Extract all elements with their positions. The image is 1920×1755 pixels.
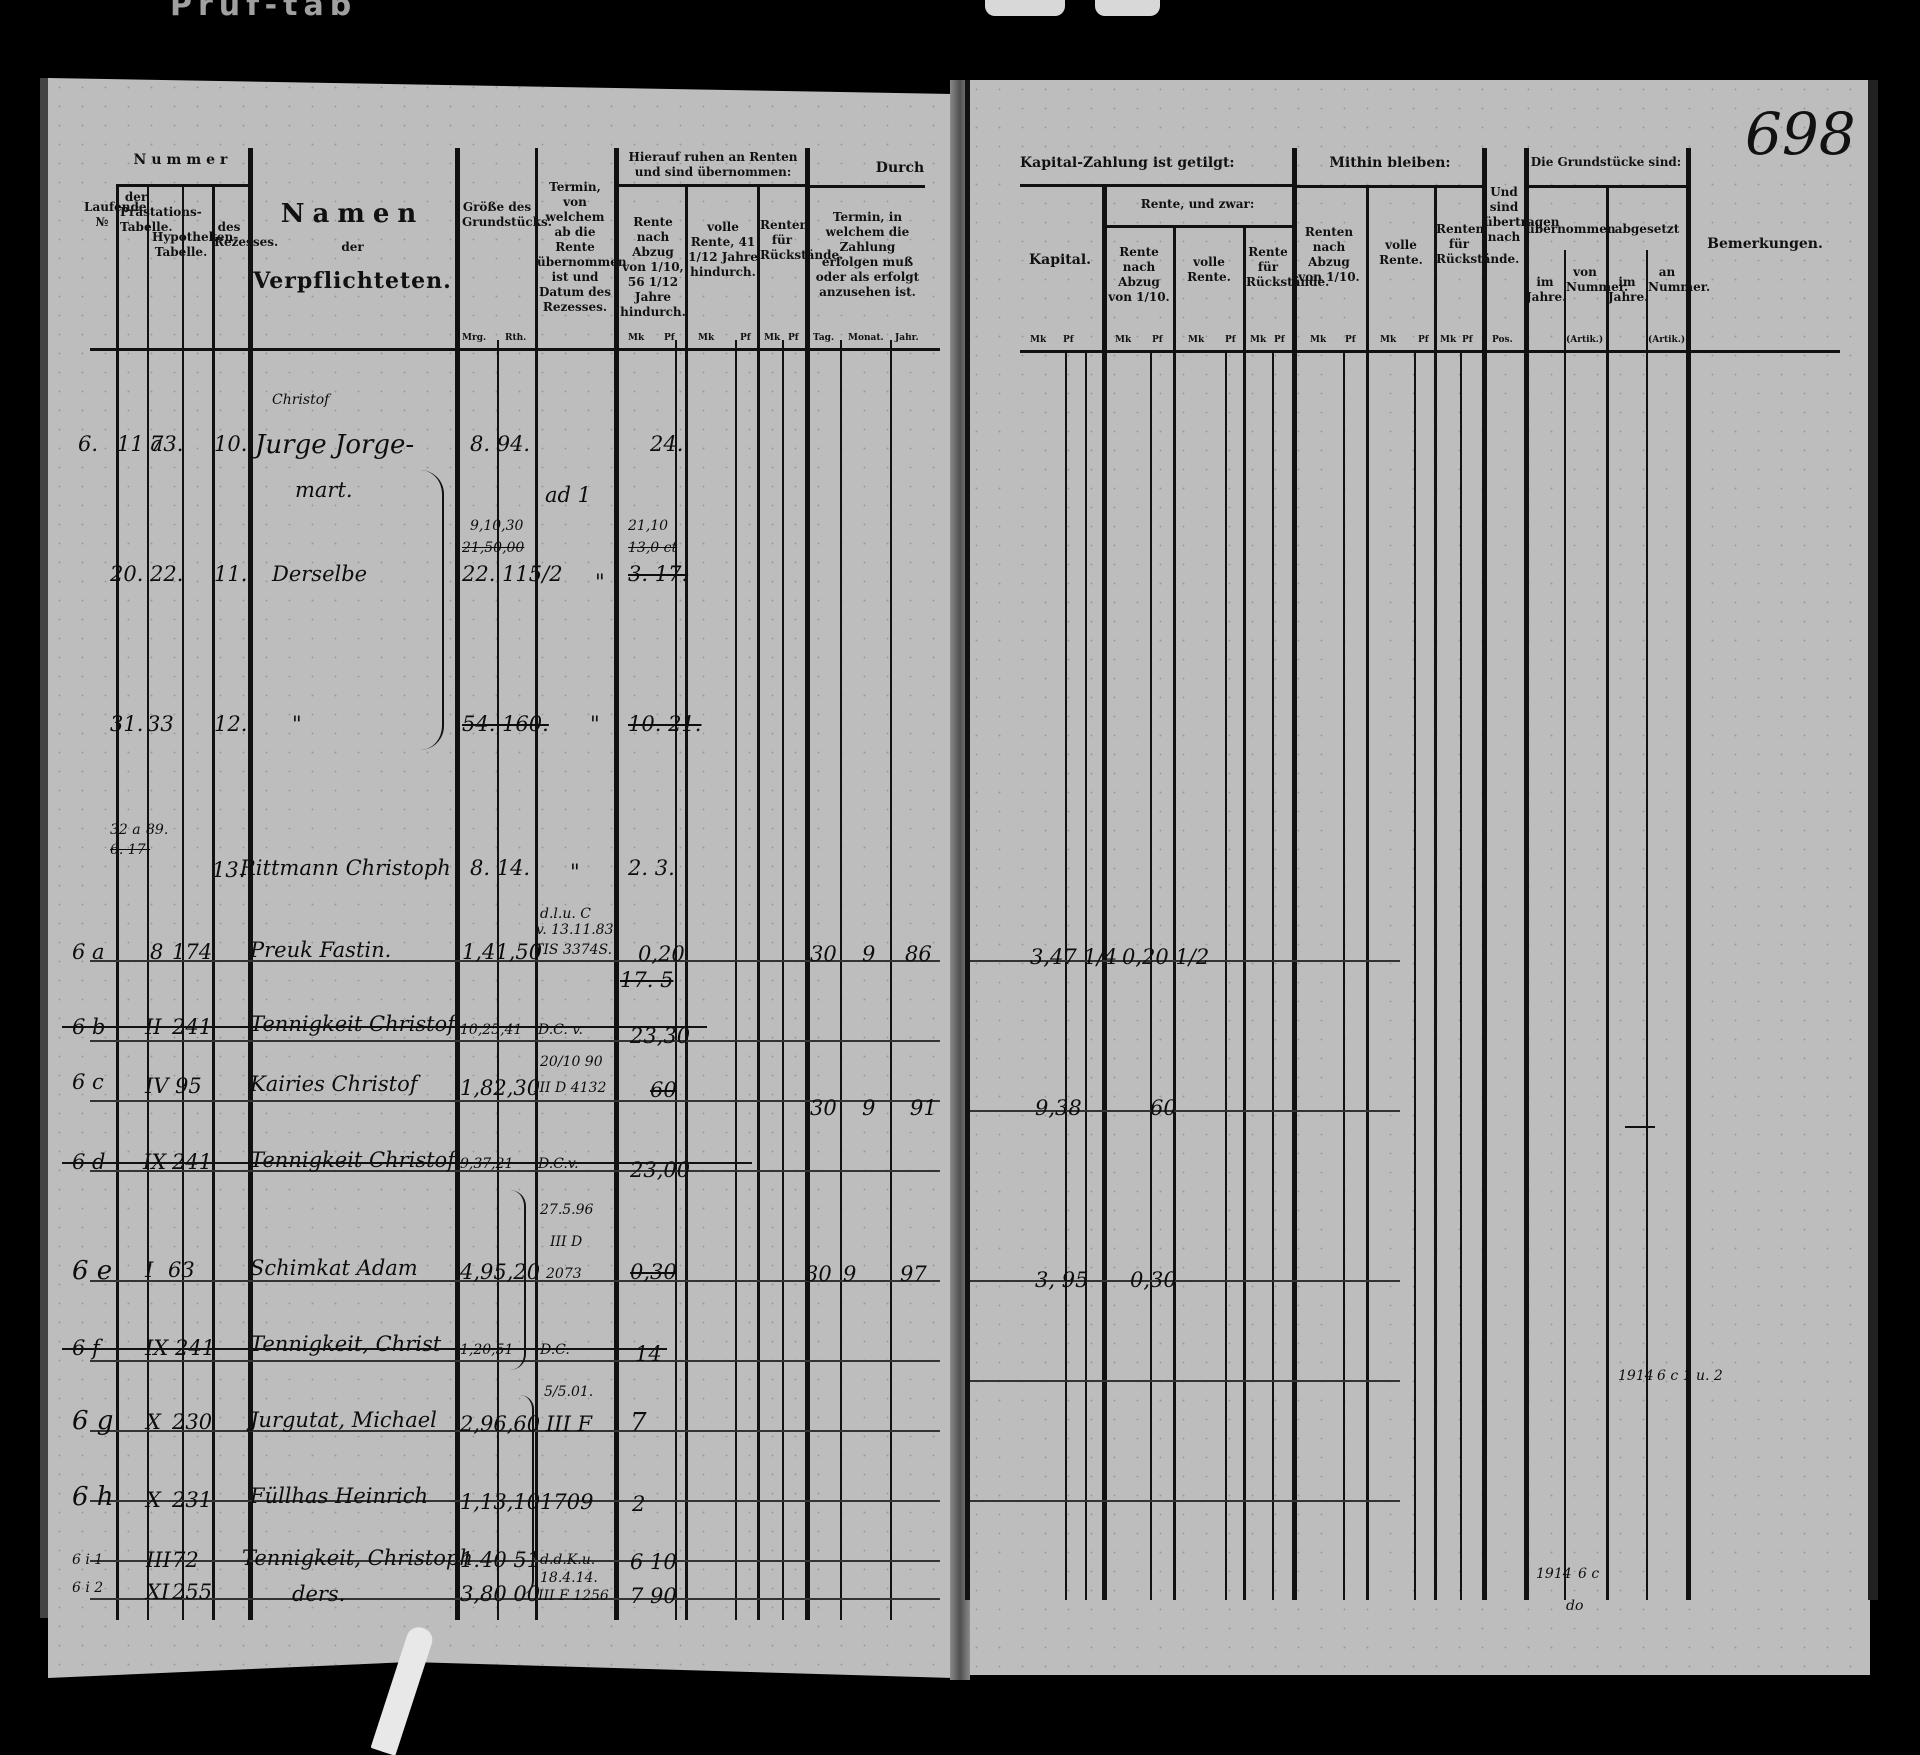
cell-kapital: 3,47 1/4 [1030, 945, 1117, 969]
header-durch: Durch [870, 160, 930, 178]
cell-praest: III [146, 1548, 171, 1572]
cell-name: Preuk Fastin. [250, 938, 391, 962]
cell-monat: 9 [843, 1262, 856, 1286]
header-verpflichteten: Verpflichteten. [250, 268, 455, 296]
cell-groesse-top: 9,10,30 [470, 518, 523, 534]
cell-abgesetzt-jahr: 1914 [1618, 1368, 1654, 1384]
cell-praest: IV [145, 1074, 168, 1098]
cell-groesse: 8. 94. [470, 432, 530, 456]
cell-termin: " [590, 712, 600, 736]
cell-lfd: 6 i 2 [72, 1580, 103, 1596]
cell-groesse: 8. 14. [470, 856, 530, 880]
column-rule [1225, 352, 1227, 1600]
unit-mk: Mk [1380, 335, 1396, 345]
header-kapital: Kapital. [1020, 252, 1100, 270]
cell-tag: 30 [810, 942, 837, 966]
unit-jahr: Jahr. [895, 333, 919, 343]
column-rule [1564, 250, 1566, 1600]
header-rente-und-zwar: Rente, und zwar: [1105, 197, 1290, 212]
cell-name: Kairies Christof [250, 1072, 418, 1096]
cell-rez: 10. [214, 432, 247, 456]
cell-termin-top: 18.4.14. [540, 1570, 598, 1586]
cell-termin: ad 1 [545, 483, 591, 507]
header-an-nummer: an Nummer. [1648, 265, 1686, 295]
cell-name: Jurge Jorge- [255, 430, 414, 460]
header-termin-zahlung: Termin, in welchem die Zahlung erfolgen … [810, 210, 925, 300]
cell-termin: D.C. [540, 1342, 570, 1358]
cell-praest: 22. [150, 562, 183, 586]
header-und-sind: Und sind übertragen nach [1484, 185, 1524, 245]
header-volle-rente-2: volle Rente. [1368, 238, 1434, 268]
cell-rente: 60 [650, 1078, 677, 1102]
column-rule [735, 340, 737, 1620]
header-hierauf: Hierauf ruhen an Renten und sind übernom… [620, 150, 806, 180]
cell-groesse: 54. 160. [462, 712, 549, 736]
header-volle-rente: volle Rente, 41 1/12 Jahre hindurch. [688, 220, 758, 280]
cell-termin: D.C.v. [538, 1156, 579, 1172]
unit-pf: Pf [1345, 335, 1356, 345]
cell-rente: 2. 3. [628, 856, 675, 880]
column-rule [890, 340, 892, 1620]
column-rule [1606, 185, 1609, 1600]
cell-termin: 1709 [540, 1490, 593, 1514]
cell-name-prefix: Christof [272, 392, 329, 408]
unit-mk: Mk [1310, 335, 1326, 345]
header-namen: Namen [250, 198, 455, 231]
cell-termin-top: d.l.u. C [540, 906, 591, 922]
cell-termin-top: 20/10 90 [540, 1054, 603, 1070]
column-rule [1102, 185, 1107, 1600]
unit-mk: Mk [1115, 335, 1131, 345]
cell-rente: 3. 17. [628, 562, 688, 586]
column-rule [1243, 225, 1246, 1600]
header-hypotheken: Hypotheken-Tabelle. [152, 230, 210, 260]
unit-pf: Pf [664, 333, 675, 343]
cell-rente: 0,30 [1130, 1268, 1177, 1292]
column-rule [1482, 148, 1487, 1600]
cell-rente-struck: 13,0 ct [628, 540, 677, 556]
cell-groesse: 1,20,51 [460, 1342, 513, 1358]
column-rule [675, 340, 677, 1620]
cell-lfd: 6 a [72, 940, 105, 964]
cell-monat: 9 [862, 1096, 875, 1120]
right-page [965, 80, 1870, 1675]
column-rule [212, 185, 215, 1620]
cell-name: Füllhas Heinrich [250, 1484, 428, 1508]
column-rule [116, 185, 119, 1620]
header-nummer: Nummer [118, 152, 248, 170]
cell-rente: 10. 21. [628, 712, 701, 736]
cell-groesse: 10,25,41 [460, 1022, 522, 1038]
cell-hyp: 72 [172, 1548, 199, 1572]
cell-hyp: 255 [172, 1580, 212, 1604]
cell-lfd: 6 i 1 [72, 1552, 103, 1568]
column-rule [1366, 185, 1369, 1600]
film-label: Prüf-tab [170, 0, 357, 23]
row-rule [1020, 350, 1840, 353]
cell-lfd: 31. [110, 712, 143, 736]
unit-pf: Pf [740, 333, 751, 343]
cell-lfd: 32 a [110, 822, 141, 838]
unit-mk: Mk [764, 333, 780, 343]
cell-jahr: 86 [905, 942, 932, 966]
column-rule [1292, 148, 1297, 1600]
cell-kapital: 3, 95 [1035, 1268, 1088, 1292]
cell-termin: III F [546, 1412, 592, 1436]
header-von-nummer: von Nummer. [1566, 265, 1604, 295]
row-rule [970, 1380, 1400, 1382]
unit-rth: Rth. [505, 333, 526, 343]
header-volle-rente: volle Rente. [1176, 255, 1242, 285]
header-renten-rueckstaende: Renten für Rückstände. [1436, 222, 1482, 267]
cell-rente: 0,20 1/2 [1122, 945, 1209, 969]
cell-rez: 11. [214, 562, 247, 586]
unit-pf: Pf [1063, 335, 1074, 345]
cell-uebernommen-jahr: 1914 [1536, 1566, 1572, 1582]
cell-name: Jurgutat, Michael [250, 1408, 437, 1432]
row-rule [116, 184, 248, 187]
cell-uebernommen-nr: 6 c [1578, 1566, 1599, 1582]
column-rule [1085, 352, 1087, 1600]
cell-rente: 0,30 [630, 1260, 677, 1284]
column-rule [757, 185, 760, 1620]
cell-hyp: 174 [172, 940, 212, 964]
column-rule [1173, 225, 1176, 1600]
film-marker [1095, 0, 1160, 16]
cell-lfd: 20. [110, 562, 143, 586]
cell-praest: XI [146, 1580, 169, 1604]
cell-termin-mid: v. 13.11.83 [536, 922, 614, 938]
cell-abgesetzt-nr: 6 c 1 u. 2 [1657, 1368, 1723, 1384]
unit-pf: Pf [1152, 335, 1163, 345]
header-termin-uebernommen: Termin, von welchem ab die Rente übernom… [537, 180, 613, 315]
unit-mk: Mk [1188, 335, 1204, 345]
cell-rente: 0,20 [638, 942, 685, 966]
cell-rente: 6 10 [630, 1550, 677, 1574]
cell-rente: 14 [635, 1342, 662, 1366]
header-rente-nach-abzug: Rente nach Abzug von 1/10. [1105, 245, 1173, 305]
cell-rez: 12. [214, 712, 247, 736]
header-kapital-zahlung: Kapital-Zahlung ist getilgt: [1020, 155, 1290, 173]
row-rule [1020, 184, 1292, 187]
column-rule [965, 80, 970, 1600]
unit-mk: Mk [1440, 335, 1456, 345]
header-grundstuecke: Die Grundstücke sind: [1526, 155, 1686, 170]
cell-lfd: 6 c [72, 1070, 104, 1094]
cell-name: Rittmann Christoph [240, 856, 451, 880]
column-rule [685, 185, 688, 1620]
column-rule [1414, 352, 1416, 1600]
unit-mk: Mk [698, 333, 714, 343]
cell-groesse-struck: 21,50,00 [462, 540, 524, 556]
unit-mk: Mk [628, 333, 644, 343]
cell-termin: 2073 [546, 1266, 582, 1282]
cell-rente: 7 90 [630, 1584, 677, 1608]
cell-name-cont: mart. [295, 478, 353, 502]
header-abgesetzt: abgesetzt [1608, 222, 1686, 237]
cell-praest: I [145, 1258, 153, 1282]
cell-groesse: 22. 115/2 [462, 562, 563, 586]
column-rule [840, 340, 842, 1620]
unit-pf: Pf [1225, 335, 1236, 345]
header-groesse: Größe des Grundstücks. [462, 200, 532, 230]
cell-praest: 33 [147, 712, 174, 736]
column-rule [455, 148, 460, 1620]
cell-name: Schimkat Adam [250, 1256, 418, 1280]
cell-termin-mid: III D [550, 1234, 582, 1250]
cell-lfd: 6. [78, 432, 98, 456]
row-rule [1292, 185, 1482, 188]
cell-termin: " [570, 860, 580, 884]
row-rule [90, 1040, 940, 1042]
bracket [420, 470, 444, 750]
cell-termin: III D 4132 [534, 1080, 606, 1096]
column-rule [147, 185, 149, 1620]
unit-artik: (Artik.) [1566, 335, 1603, 345]
strike-line [62, 1162, 752, 1164]
cell-rente: 60 [1150, 1096, 1177, 1120]
bracket [520, 1395, 534, 1595]
unit-artik: (Artik.) [1648, 335, 1685, 345]
cell-name: ders. [292, 1582, 345, 1606]
cell-hyp: 73. [150, 432, 183, 456]
column-rule [614, 148, 619, 1620]
column-rule [1343, 352, 1345, 1600]
column-rule [1065, 352, 1067, 1600]
strike-line [62, 1026, 707, 1028]
bracket [510, 1190, 526, 1370]
cell-hyp: 230 [172, 1410, 212, 1434]
film-marker [985, 0, 1065, 16]
header-rente-rueckstaende: Rente für Rückstände. [1246, 245, 1290, 290]
cell-lfd-struck: 6. 17. [110, 842, 150, 858]
unit-tag: Tag. [813, 333, 834, 343]
column-rule [1460, 352, 1462, 1600]
header-laufende: Laufende № [84, 200, 120, 230]
cell-kapital: 9,38 [1035, 1096, 1082, 1120]
film-border-top: Prüf-tab [0, 0, 1920, 80]
unit-mrg: Mrg. [462, 333, 486, 343]
page-edge [1868, 80, 1878, 1600]
cell-praest: X [146, 1488, 161, 1512]
cell-termin: TIS 3374S. [534, 942, 612, 958]
header-mithin-bleiben: Mithin bleiben: [1300, 155, 1480, 173]
column-rule [1434, 185, 1437, 1600]
cell-termin: III F 1256 [538, 1588, 609, 1604]
cell-lfd: 6 g [72, 1406, 113, 1436]
cell-hyp: 95 [175, 1074, 202, 1098]
column-rule [1272, 352, 1274, 1600]
unit-mk: Mk [1250, 335, 1266, 345]
unit-pf: Pf [1274, 335, 1285, 345]
row-rule [90, 1170, 940, 1172]
unit-pf: Pf [788, 333, 799, 343]
cell-tag: 30 [805, 1262, 832, 1286]
header-bemerkungen: Bemerkungen. [1705, 236, 1825, 254]
cell-rente: 2 [632, 1492, 645, 1516]
column-rule [182, 185, 184, 1620]
header-namen-der: der [250, 240, 455, 255]
page-number: 698 [1745, 100, 1856, 168]
column-rule [805, 148, 810, 1620]
cell-lfd: 6 e [72, 1256, 112, 1286]
cell-monat: 9 [862, 942, 875, 966]
unit-pf: Pf [1418, 335, 1429, 345]
unit-pos: Pos. [1492, 335, 1513, 345]
column-rule [535, 148, 538, 1620]
unit-mk: Mk [1030, 335, 1046, 345]
header-rente-nach-abzug: Rente nach Abzug von 1/10, 56 1/12 Jahre… [620, 215, 686, 320]
cell-termin-top: 5/5.01. [544, 1384, 593, 1400]
cell-name: Derselbe [272, 562, 367, 586]
cell-rente-top: 21,10 [628, 518, 668, 534]
column-rule [1646, 250, 1648, 1600]
cell-termin-top: 27.5.96 [540, 1202, 593, 1218]
row-rule [1102, 225, 1292, 228]
cell-name: " [292, 712, 302, 736]
unit-monat: Monat. [848, 333, 884, 343]
unit-pf: Pf [1462, 335, 1473, 345]
cell-hyp: 63 [168, 1258, 195, 1282]
column-rule [1524, 148, 1529, 1600]
cell-hyp: 231 [172, 1488, 212, 1512]
row-rule [614, 184, 805, 187]
cell-name: Tennigkeit Christof [250, 1148, 455, 1172]
cell-rente: 7 [630, 1408, 647, 1438]
cell-rente: 24. [650, 432, 683, 456]
cell-jahr: 91 [910, 1096, 937, 1120]
cell-praest: X [146, 1410, 161, 1434]
strike-line [62, 1348, 667, 1350]
cell-groesse: 1,82,30 [460, 1076, 540, 1100]
cell-uebernommen-nr-2: do [1566, 1598, 1583, 1614]
cell-name: Tennigkeit, Christ [250, 1332, 441, 1356]
cell-jahr: 97 [900, 1262, 927, 1286]
dash-mark [1625, 1126, 1655, 1128]
cell-praest: 8 [150, 940, 163, 964]
cell-name: Tennigkeit Christof [250, 1012, 455, 1036]
column-rule [1150, 352, 1152, 1600]
row-rule [90, 348, 940, 351]
cell-termin: d.d.K.u. [540, 1552, 595, 1568]
cell-name: Tennigkeit, Christoph [242, 1546, 473, 1570]
header-renten-rueckstaende: Renten für Rückstände. [760, 218, 804, 263]
cell-termin: D.C. v. [538, 1022, 583, 1038]
cell-groesse: 4,95,20 [460, 1260, 540, 1284]
row-rule [805, 185, 925, 188]
cell-lfd: 6 h [72, 1482, 114, 1512]
header-rezesses: des Rezesses. [214, 220, 244, 250]
cell-rente-struck: 17. 5 [620, 968, 673, 992]
column-rule [782, 340, 784, 1620]
header-im-jahre: im Jahre. [1526, 275, 1564, 305]
header-im-jahre: im Jahre. [1608, 275, 1646, 305]
header-renten-nach-abzug: Renten nach Abzug von 1/10. [1295, 225, 1363, 285]
cell-groesse: 9,37,21 [460, 1156, 513, 1172]
cell-termin: " [595, 570, 605, 594]
row-rule [1524, 185, 1686, 188]
cell-praest: 89. [146, 822, 168, 838]
cell-groesse: 1,41,50 [462, 940, 542, 964]
row-rule [970, 1500, 1400, 1502]
cell-tag: 30 [810, 1096, 837, 1120]
header-uebernommen: übernommen [1526, 222, 1604, 237]
column-rule [248, 148, 253, 1620]
